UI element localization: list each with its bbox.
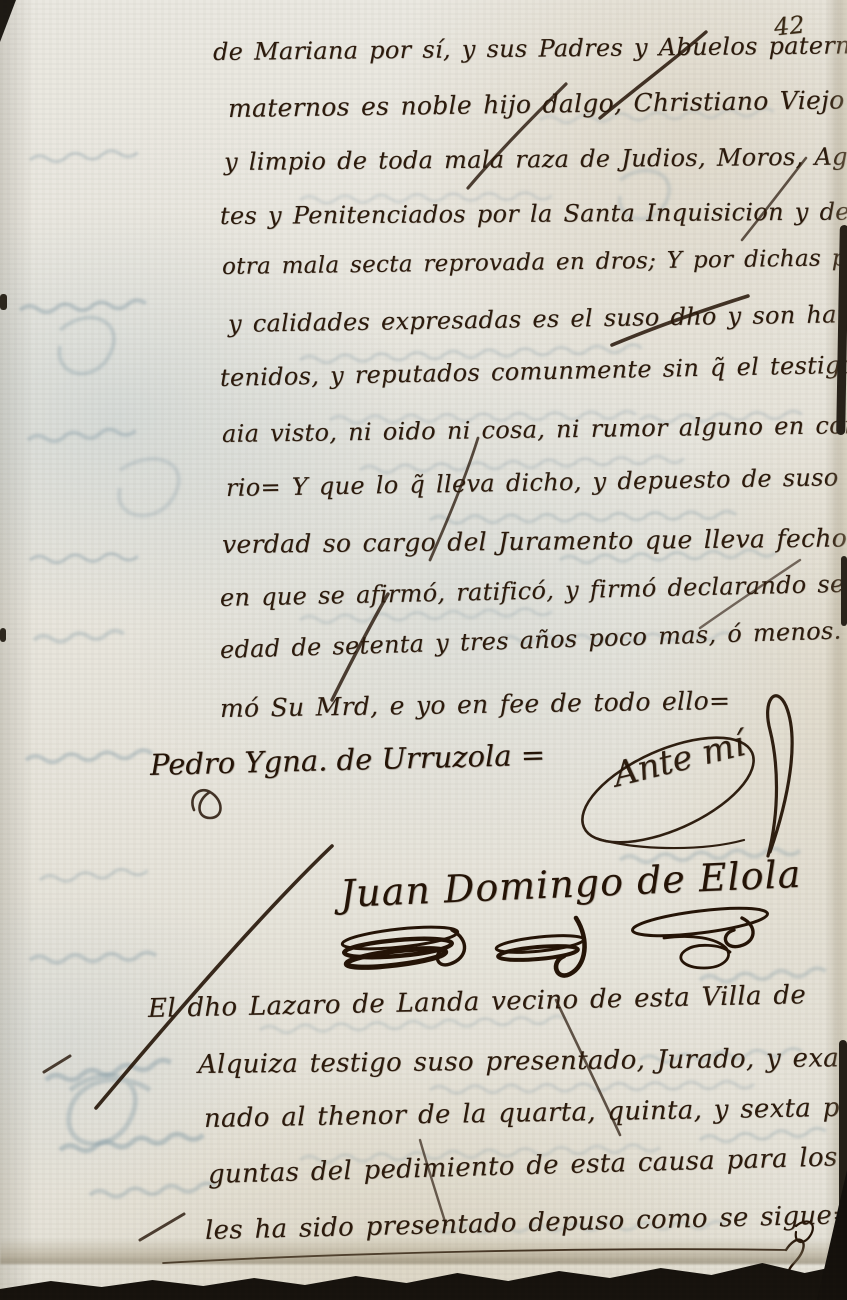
manuscript-line: guntas del pedimiento de esta causa para… bbox=[208, 1140, 847, 1190]
manuscript-text: 42 de Mariana por sí, y sus Padres y Abu… bbox=[0, 0, 847, 1300]
manuscript-line: verdad so cargo del Juramento que lleva … bbox=[222, 523, 847, 559]
manuscript-line: rio= Y que lo q̃ lleva dicho, y depuesto… bbox=[226, 462, 847, 502]
manuscript-line: y limpio de toda mala raza de Judios, Mo… bbox=[224, 142, 847, 176]
manuscript-line: edad de setenta y tres años poco mas, ó … bbox=[220, 614, 847, 664]
manuscript-line: otra mala secta reprovada en dros; Y por… bbox=[222, 244, 847, 280]
manuscript-line: El dho Lazaro de Landa vecino de esta Vi… bbox=[148, 980, 807, 1024]
scan-background-left bbox=[0, 628, 6, 642]
manuscript-line: les ha sido presentado depuso como se si… bbox=[205, 1200, 847, 1246]
manuscript-line: Alquiza testigo suso presentado, Jurado,… bbox=[198, 1043, 847, 1080]
manuscript-line: tenidos, y reputados comunmente sin q̃ e… bbox=[220, 349, 847, 392]
manuscript-line: de Mariana por sí, y sus Padres y Abuelo… bbox=[213, 31, 847, 66]
manuscript-line: maternos es noble hijo dalgo, Christiano… bbox=[228, 85, 845, 123]
folio-number: 42 bbox=[773, 10, 806, 41]
manuscript-line: y calidades expresadas es el suso dho y … bbox=[228, 299, 847, 338]
manuscript-line: nado al thenor de la quarta, quinta, y s… bbox=[204, 1092, 847, 1134]
manuscript-line: mó Su Mrd, e yo en fee de todo ello= bbox=[220, 686, 731, 723]
scan-background-left bbox=[0, 294, 7, 310]
signature-ante-mi: Ante mí bbox=[609, 724, 749, 795]
signature-pedro-urruzola: Pedro Ygna. de Urruzola = bbox=[150, 738, 546, 782]
manuscript-line: tes y Penitenciados por la Santa Inquisi… bbox=[220, 198, 847, 230]
signature-juan-domingo-elola: Juan Domingo de Elola bbox=[339, 852, 802, 916]
manuscript-line: en que se afirmó, ratificó, y firmó decl… bbox=[220, 569, 847, 612]
scan-background-right bbox=[841, 556, 847, 626]
manuscript-line: aia visto, ni oido ni cosa, ni rumor alg… bbox=[222, 410, 847, 448]
